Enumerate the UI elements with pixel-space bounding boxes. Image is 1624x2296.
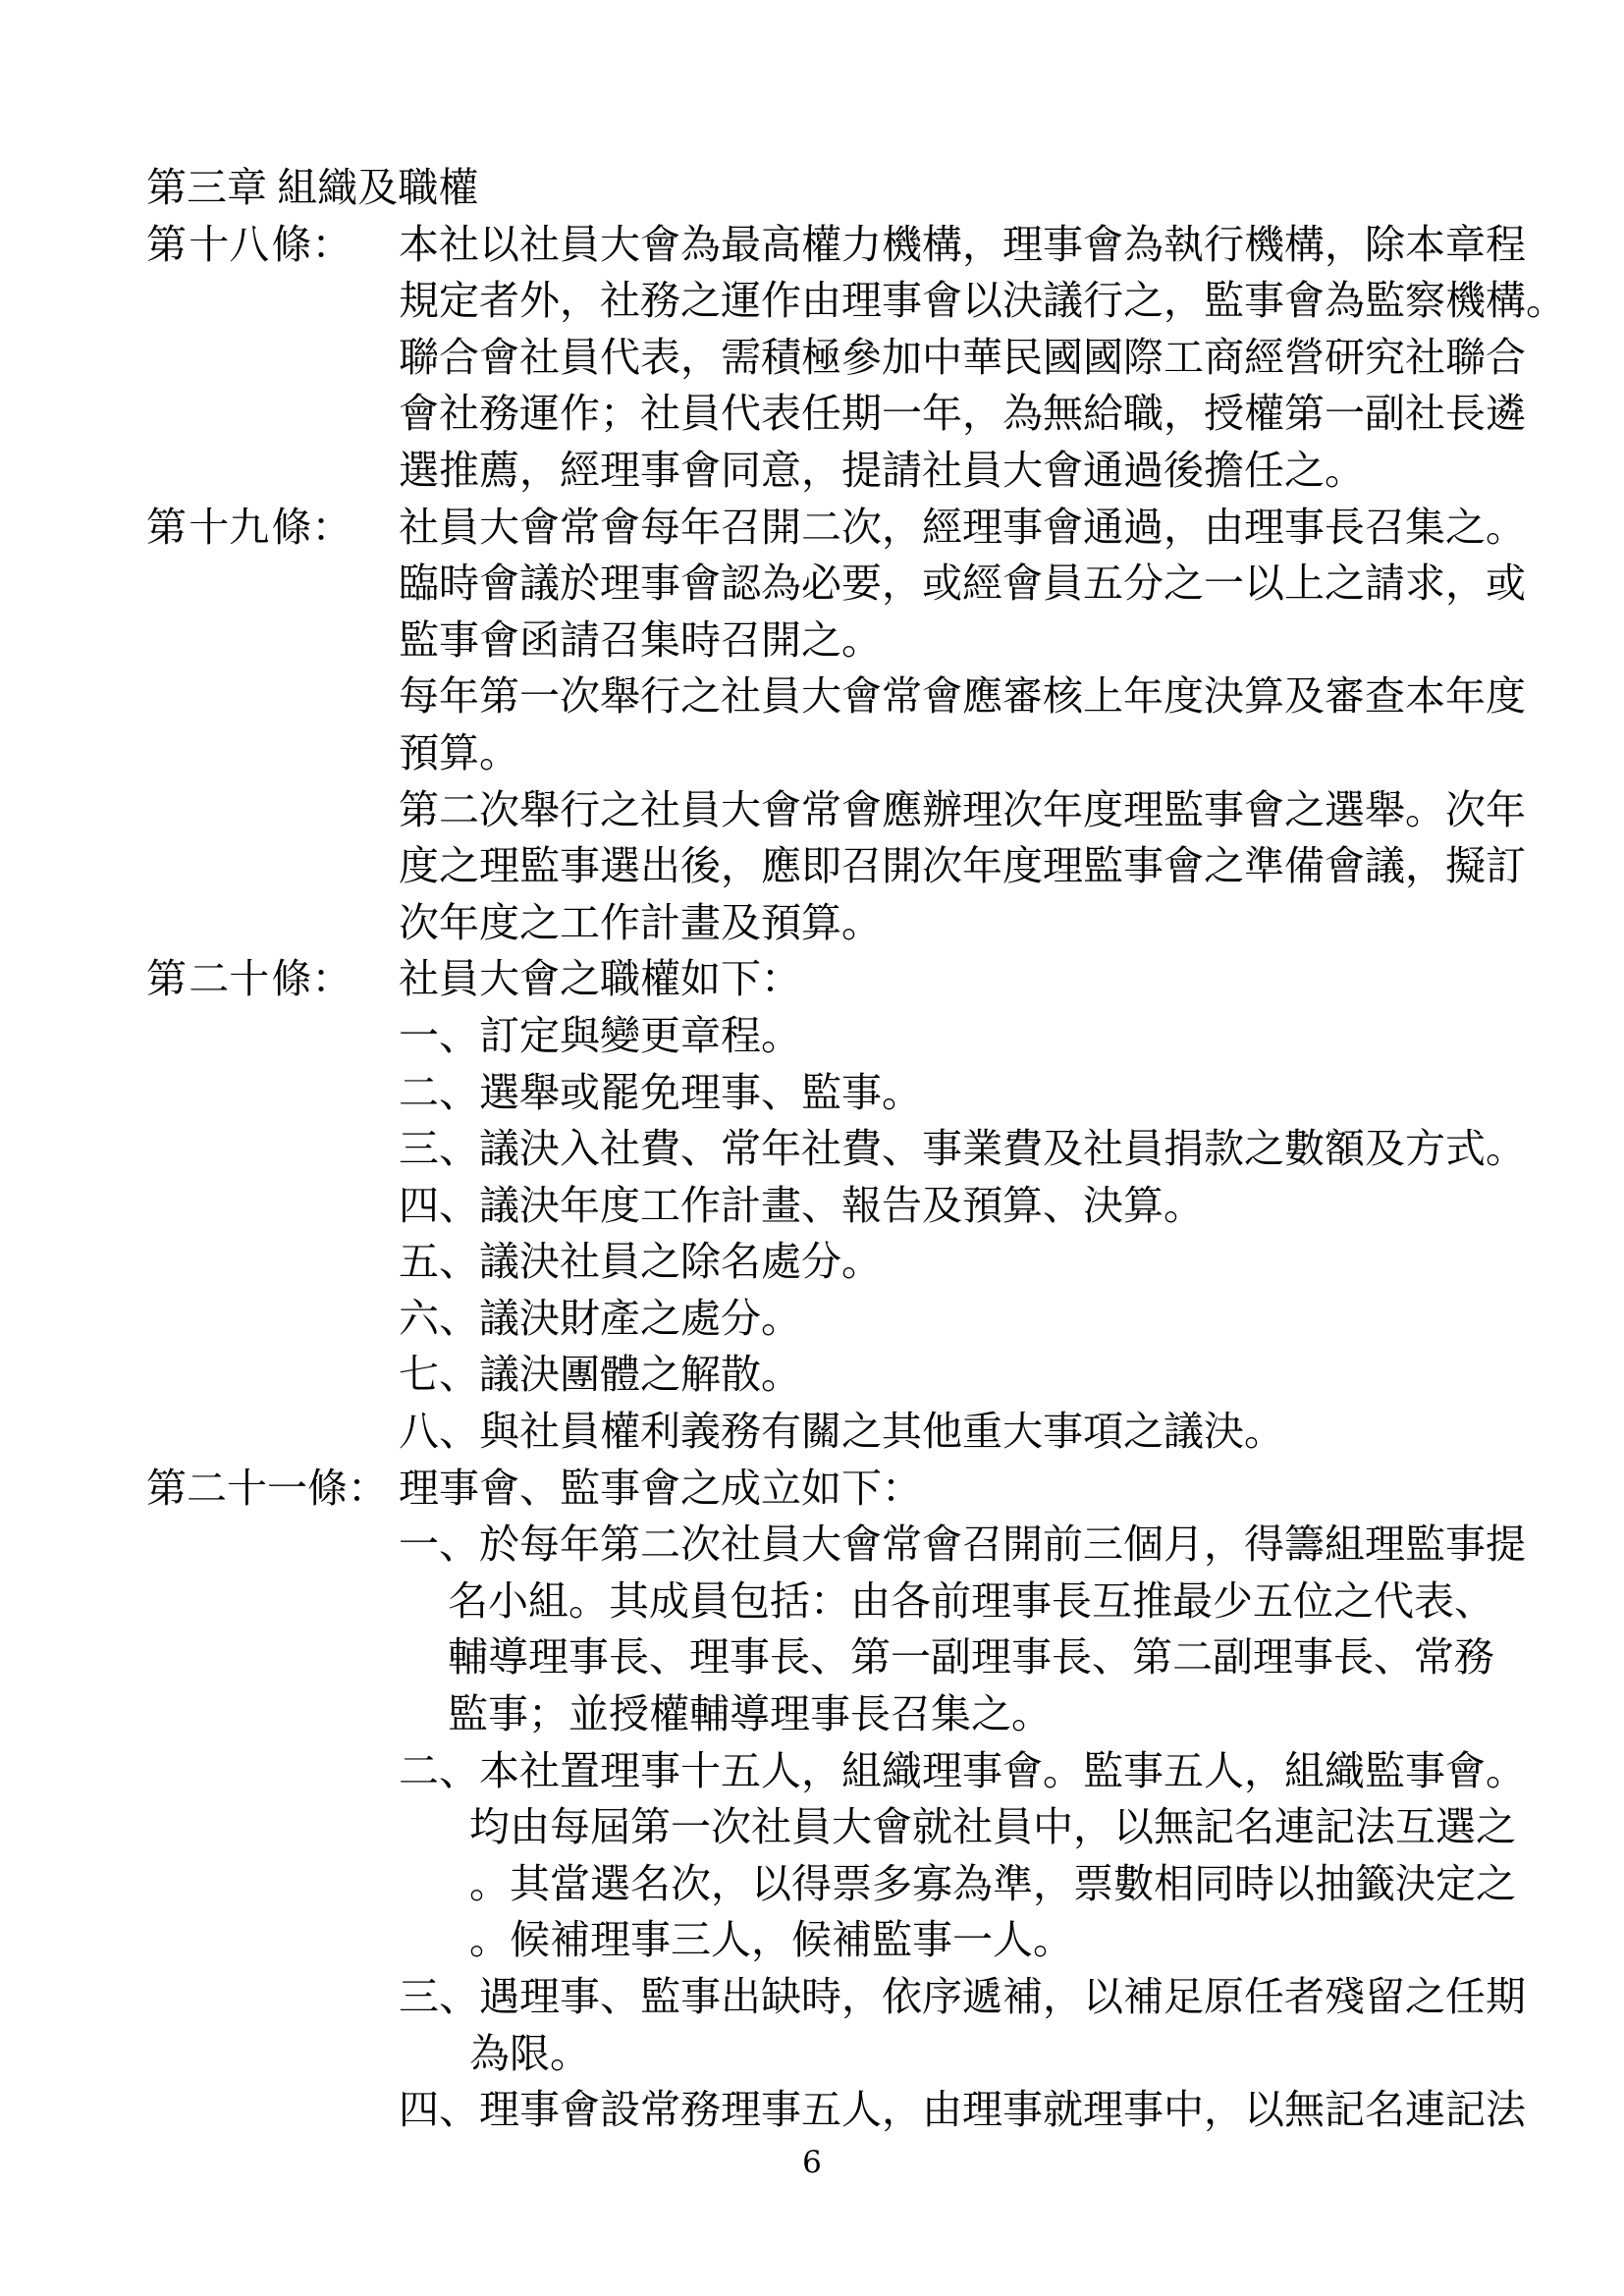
article-label: 第 二十 條： bbox=[146, 951, 399, 1008]
article: 第 十八 條：本社以社員大會為最高權力機構，理事會為執行機構，除本章程規定者外，… bbox=[146, 217, 1590, 500]
document-body: 第三章 組織及職權 第 十八 條：本社以社員大會為最高權力機構，理事會為執行機構… bbox=[146, 160, 1590, 2139]
article-label: 第 十九 條： bbox=[146, 500, 399, 557]
article-line: 選推薦，經理事會同意，提請社員大會通過後擔任之。 bbox=[399, 443, 1590, 500]
article-line: 臨時會議於理事會認為必要，或經會員五分之一以上之請求，或 bbox=[399, 556, 1590, 613]
article-line: 均由每屆第一次社員大會就社員中，以無記名連記法互選之 bbox=[399, 1799, 1590, 1856]
article-line: 六、議決財產之處分。 bbox=[399, 1291, 1590, 1348]
article-line: 。候補理事三人，候補監事一人。 bbox=[399, 1912, 1590, 1969]
article-label: 第二十一條： bbox=[146, 1461, 399, 1518]
article-line: 二、選舉或罷免理事、監事。 bbox=[399, 1065, 1590, 1122]
article-content: 本社以社員大會為最高權力機構，理事會為執行機構，除本章程規定者外，社務之運作由理… bbox=[399, 217, 1590, 500]
article-line: 四、議決年度工作計畫、報告及預算、決算。 bbox=[399, 1178, 1590, 1235]
article-line: 為限。 bbox=[399, 2026, 1590, 2083]
article-line: 社員大會之職權如下： bbox=[399, 951, 1590, 1008]
article-line: 八、與社員權利義務有關之其他重大事項之議決。 bbox=[399, 1404, 1590, 1461]
article-line: 。其當選名次，以得票多寡為準，票數相同時以抽籤決定之 bbox=[399, 1856, 1590, 1913]
article-line: 規定者外，社務之運作由理事會以決議行之，監事會為監察機構。 bbox=[399, 273, 1590, 330]
article-line: 三、遇理事、監事出缺時，依序遞補，以補足原任者殘留之任期 bbox=[399, 1969, 1590, 2026]
page-number: 6 bbox=[0, 2143, 1624, 2182]
article-line: 七、議決團體之解散。 bbox=[399, 1347, 1590, 1404]
chapter-heading: 第三章 組織及職權 bbox=[146, 160, 1590, 217]
article-line: 一、於每年第二次社員大會常會召開前三個月，得籌組理監事提 bbox=[399, 1517, 1590, 1574]
article-line: 監事；並授權輔導理事長召集之。 bbox=[399, 1686, 1590, 1743]
document-page: 第三章 組織及職權 第 十八 條：本社以社員大會為最高權力機構，理事會為執行機構… bbox=[0, 0, 1624, 2296]
article: 第二十一條：理事會、監事會之成立如下：一、於每年第二次社員大會常會召開前三個月，… bbox=[146, 1461, 1590, 2139]
article-content: 理事會、監事會之成立如下：一、於每年第二次社員大會常會召開前三個月，得籌組理監事… bbox=[399, 1461, 1590, 2139]
article-line: 五、議決社員之除名處分。 bbox=[399, 1234, 1590, 1291]
article-line: 一、訂定與變更章程。 bbox=[399, 1008, 1590, 1065]
article-line: 監事會函請召集時召開之。 bbox=[399, 613, 1590, 669]
article-line: 每年第一次舉行之社員大會常會應審核上年度決算及審查本年度 bbox=[399, 668, 1590, 725]
article-line: 四、理事會設常務理事五人，由理事就理事中，以無記名連記法 bbox=[399, 2082, 1590, 2139]
article-line: 本社以社員大會為最高權力機構，理事會為執行機構，除本章程 bbox=[399, 217, 1590, 274]
article-line: 第二次舉行之社員大會常會應辦理次年度理監事會之選舉。次年 bbox=[399, 782, 1590, 839]
article-label: 第 十八 條： bbox=[146, 217, 399, 274]
article-line: 預算。 bbox=[399, 725, 1590, 782]
article: 第 二十 條：社員大會之職權如下：一、訂定與變更章程。二、選舉或罷免理事、監事。… bbox=[146, 951, 1590, 1460]
articles-container: 第 十八 條：本社以社員大會為最高權力機構，理事會為執行機構，除本章程規定者外，… bbox=[146, 217, 1590, 2139]
article-line: 次年度之工作計畫及預算。 bbox=[399, 895, 1590, 952]
article-content: 社員大會之職權如下：一、訂定與變更章程。二、選舉或罷免理事、監事。三、議決入社費… bbox=[399, 951, 1590, 1460]
article-line: 會社務運作；社員代表任期一年，為無給職，授權第一副社長遴 bbox=[399, 386, 1590, 443]
article-line: 名小組。其成員包括：由各前理事長互推最少五位之代表、 bbox=[399, 1574, 1590, 1630]
article-content: 社員大會常會每年召開二次，經理事會通過，由理事長召集之。臨時會議於理事會認為必要… bbox=[399, 500, 1590, 952]
article-line: 理事會、監事會之成立如下： bbox=[399, 1461, 1590, 1518]
article-line: 度之理監事選出後，應即召開次年度理監事會之準備會議，擬訂 bbox=[399, 838, 1590, 895]
article-line: 社員大會常會每年召開二次，經理事會通過，由理事長召集之。 bbox=[399, 500, 1590, 557]
article-line: 輔導理事長、理事長、第一副理事長、第二副理事長、常務 bbox=[399, 1629, 1590, 1686]
article-line: 二、本社置理事十五人，組織理事會。監事五人，組織監事會。 bbox=[399, 1743, 1590, 1800]
article-line: 聯合會社員代表，需積極參加中華民國國際工商經營研究社聯合 bbox=[399, 330, 1590, 387]
article-line: 三、議決入社費、常年社費、事業費及社員捐款之數額及方式。 bbox=[399, 1121, 1590, 1178]
article: 第 十九 條：社員大會常會每年召開二次，經理事會通過，由理事長召集之。臨時會議於… bbox=[146, 500, 1590, 952]
